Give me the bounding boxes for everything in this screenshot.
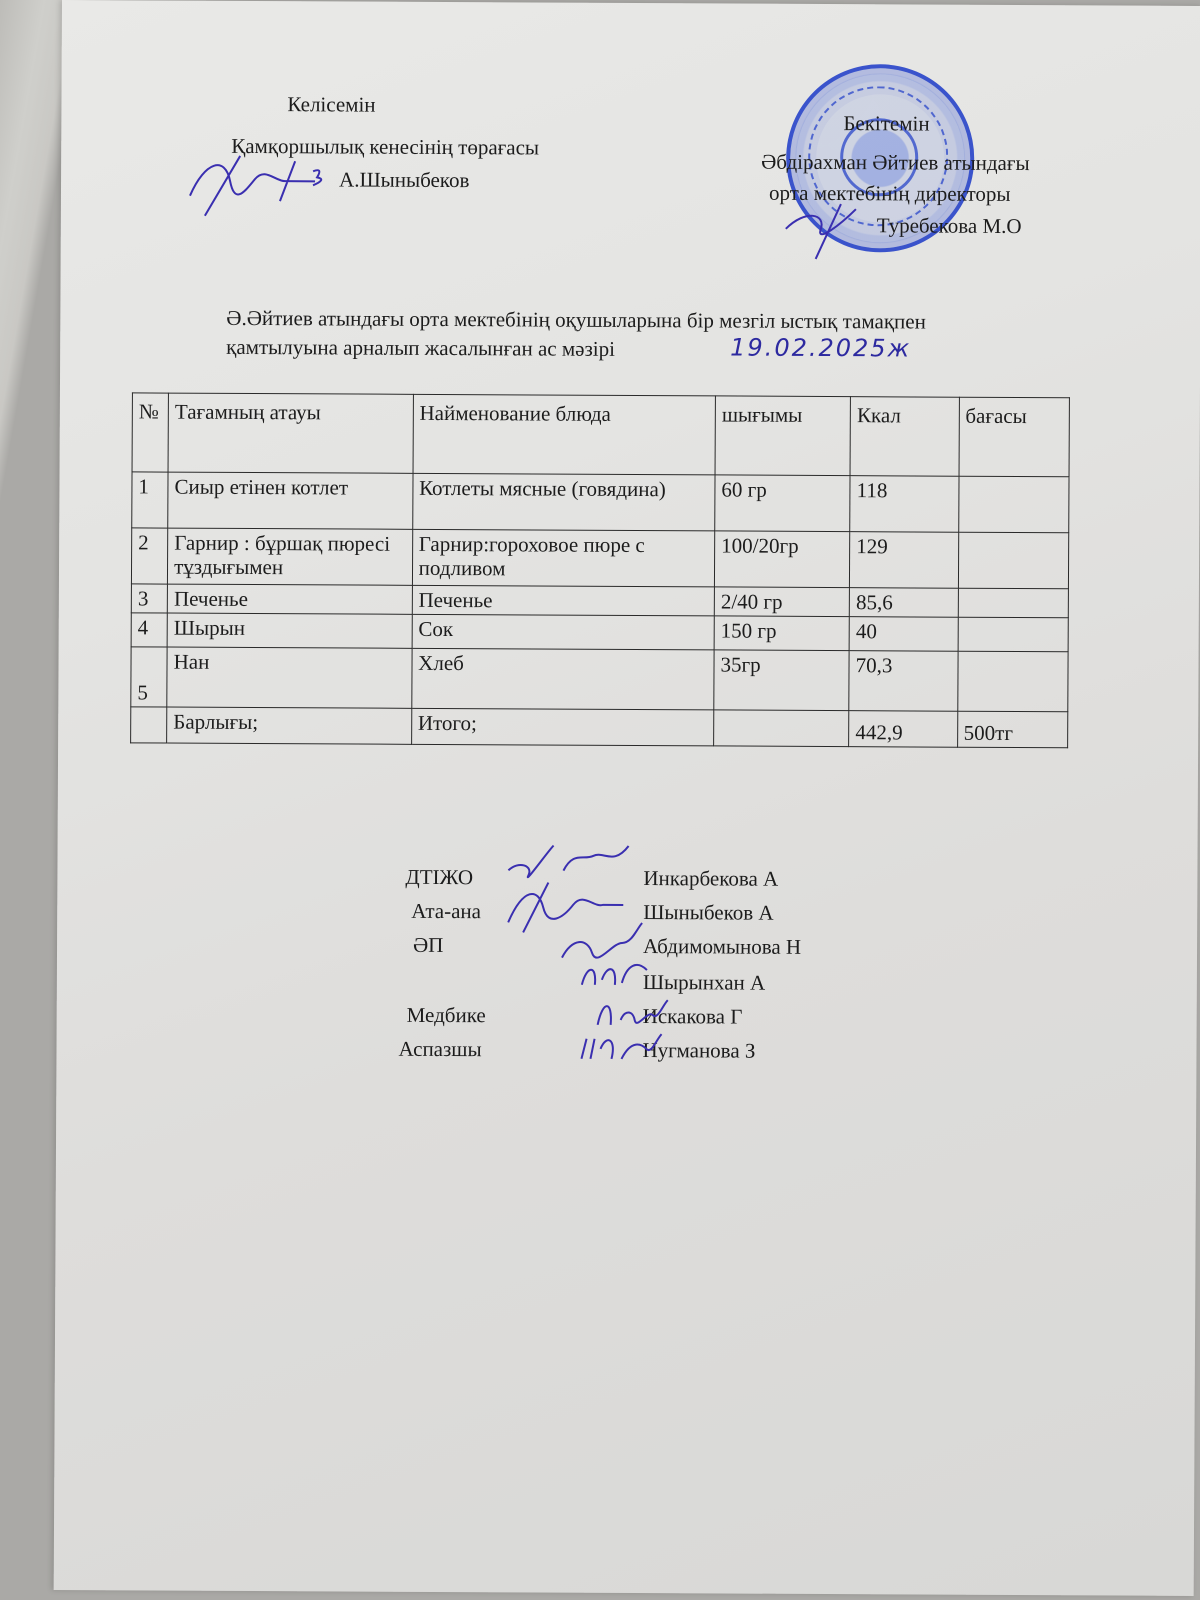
approval-left-name: А.Шыныбеков	[339, 166, 469, 193]
signatory-role: ДТІЖО	[405, 864, 473, 890]
menu-table: № Тағамның атауы Найменование блюда шығы…	[130, 392, 1070, 748]
table-header-row: № Тағамның атауы Найменование блюда шығы…	[132, 393, 1069, 477]
cell-num: 3	[131, 584, 167, 613]
cell-kcal: 85,6	[849, 588, 957, 618]
cell-kcal: 129	[850, 532, 959, 589]
approval-left-title: Келісемін	[287, 91, 375, 117]
menu-heading-line1: Ә.Әйтиев атындағы орта мектебінің оқушыл…	[226, 305, 926, 335]
signature-shyrynkhan	[577, 955, 657, 999]
cell-kcal: 70,3	[849, 651, 958, 712]
table-row: 1 Сиыр етінен котлет Котлеты мясные (гов…	[132, 472, 1069, 533]
signature-chairman	[185, 151, 335, 226]
cell-price	[958, 476, 1069, 533]
approval-right-name: Туребекова М.О	[877, 212, 1022, 239]
cell-kz: Нан	[167, 647, 412, 708]
cell-yield: 2/40 гр	[714, 587, 849, 617]
menu-heading-line2: қамтылуына арналып жасалынған ас мәзірі	[226, 334, 615, 362]
signatory-name: Шырынхан А	[643, 969, 765, 996]
table-total-row: Барлығы; Итого; 442,9 500тг	[131, 707, 1068, 748]
cell-kz: Гарнир : бұршақ пюресі тұздығымен	[168, 528, 413, 585]
cell-yield: 150 гр	[714, 616, 849, 651]
signature-director	[781, 199, 871, 273]
cell-ru: Гарнир:гороховое пюре с подливом	[412, 529, 715, 587]
cell-price	[958, 588, 1069, 618]
signatory-role: Ата-ана	[411, 898, 481, 924]
total-ru: Итого;	[411, 708, 714, 746]
document-page: Келісемін Қамқоршылық кенесінің төрағасы…	[54, 0, 1200, 1596]
cell-yield: 35гр	[714, 650, 849, 711]
cell-price	[957, 651, 1068, 712]
header-num: №	[132, 393, 169, 472]
approval-right-title: Бекітемін	[843, 110, 929, 136]
cell-num: 4	[131, 613, 167, 647]
cell-kcal: 40	[849, 617, 958, 652]
signatory-role: ӘП	[413, 932, 443, 958]
cell-ru: Сок	[412, 614, 715, 650]
cell-kcal: 118	[850, 476, 959, 533]
cell-kz: Печенье	[167, 584, 412, 614]
signature-cook	[576, 1029, 666, 1073]
handwritten-date: 19.02.2025ж	[730, 334, 911, 363]
cell-kz: Сиыр етінен котлет	[168, 472, 413, 529]
cell-num	[131, 707, 167, 743]
cell-price	[958, 617, 1069, 652]
total-yield	[714, 710, 849, 747]
cell-yield: 100/20гр	[714, 531, 849, 588]
signatory-role: Медбике	[407, 1002, 486, 1028]
table-row: 2 Гарнир : бұршақ пюресі тұздығымен Гарн…	[131, 528, 1068, 589]
total-kz: Барлығы;	[167, 707, 412, 744]
header-kcal: Ккал	[850, 397, 959, 477]
total-kcal: 442,9	[849, 711, 958, 748]
signatory-name: Абдимомынова Н	[643, 933, 801, 960]
cell-ru: Котлеты мясные (говядина)	[412, 473, 715, 531]
cell-num: 2	[131, 528, 167, 584]
cell-ru: Хлеб	[411, 648, 714, 710]
approval-right-line1: Әбдірахман Әйтиев атындағы	[761, 149, 1030, 176]
header-yield: шығымы	[715, 396, 851, 476]
table-row: 5 Нан Хлеб 35гр 70,3	[131, 647, 1068, 712]
header-ru-name: Найменование блюда	[413, 394, 716, 475]
cell-num: 5	[131, 647, 167, 707]
header-kz-name: Тағамның атауы	[168, 393, 413, 473]
signatory-name: Инкарбекова А	[643, 865, 778, 892]
cell-yield: 60 гр	[715, 475, 850, 532]
total-price: 500тг	[957, 711, 1068, 748]
cell-num: 1	[132, 472, 168, 528]
signatory-name: Шыныбеков А	[643, 899, 773, 926]
header-price: бағасы	[959, 397, 1070, 477]
table-row: 4 Шырын Сок 150 гр 40	[131, 613, 1068, 652]
cell-price	[958, 532, 1069, 589]
signatory-role: Аспазшы	[398, 1036, 481, 1062]
cell-ru: Печенье	[412, 585, 714, 616]
cell-kz: Шырын	[167, 613, 412, 648]
